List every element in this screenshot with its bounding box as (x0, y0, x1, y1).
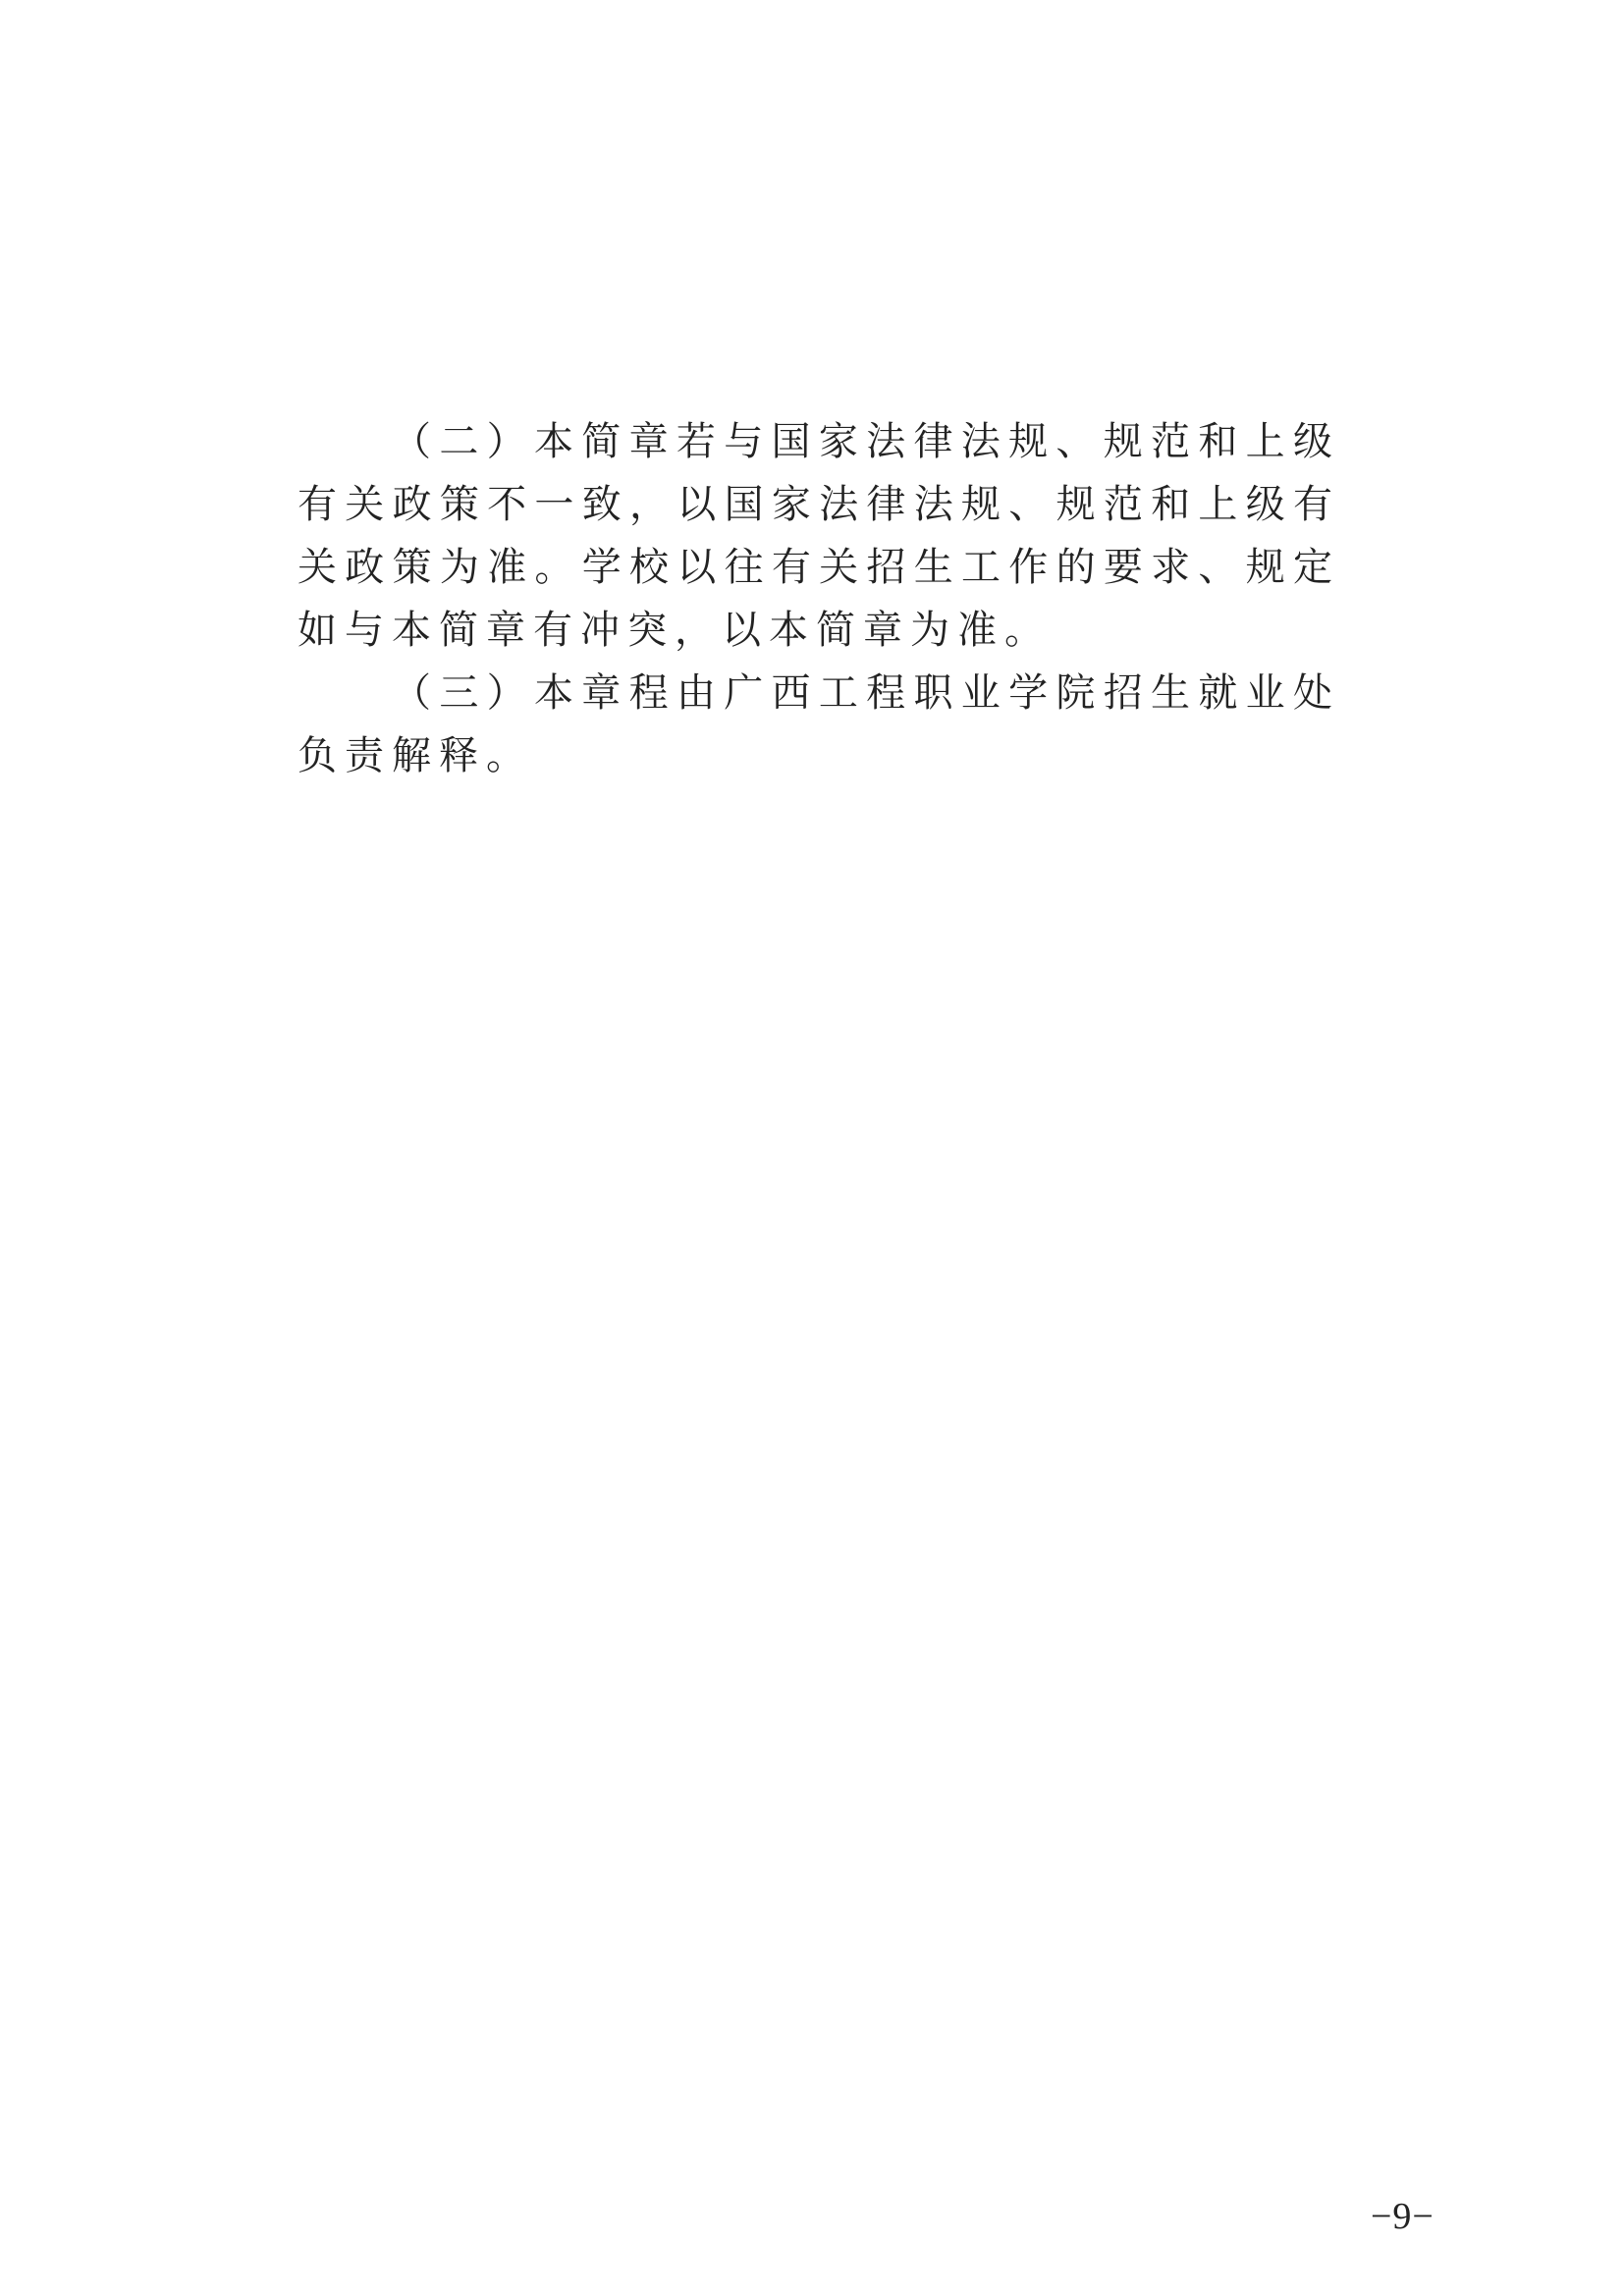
paragraph-2-policy-precedence: （二）本简章若与国家法律法规、规范和上级有关政策不一致，以国家法律法规、规范和上… (298, 410, 1340, 662)
paragraph-3-interpretation: （三）本章程由广西工程职业学院招生就业处负责解释。 (298, 662, 1340, 787)
page-number: −9− (1371, 2195, 1435, 2238)
document-page: （二）本简章若与国家法律法规、规范和上级有关政策不一致，以国家法律法规、规范和上… (0, 0, 1624, 2296)
body-text: （二）本简章若与国家法律法规、规范和上级有关政策不一致，以国家法律法规、规范和上… (298, 410, 1340, 787)
